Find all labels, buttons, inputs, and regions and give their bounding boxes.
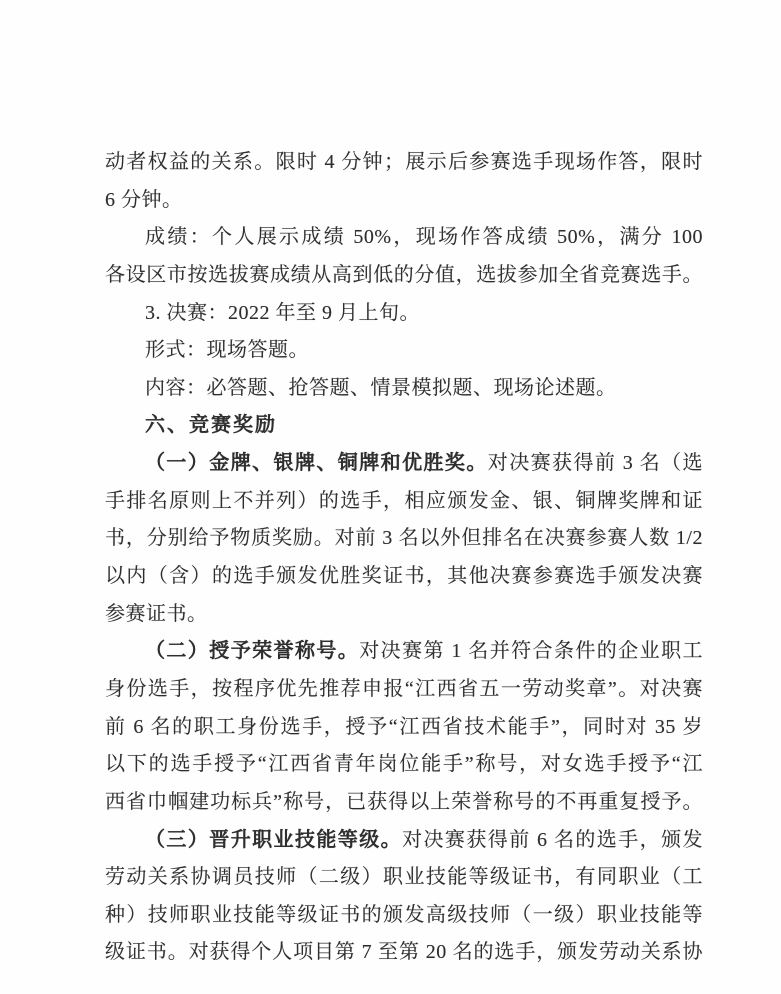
text-line: 级证书。对获得个人项目第 7 至第 20 名的选手，颁发劳动关系协 [105, 934, 703, 972]
text-line: 以下的选手授予“江西省青年岗位能手”称号，对女选手授予“江 [105, 746, 703, 784]
bold-lead: （一）金牌、银牌、铜牌和优胜奖。 [145, 452, 488, 474]
text-line: 参赛证书。 [105, 596, 703, 634]
text-line-format: 形式：现场答题。 [105, 332, 703, 370]
paragraph-line-skill-level: （三）晋升职业技能等级。对决赛获得前 6 名的选手，颁发 [105, 822, 703, 860]
document-page: 动者权益的关系。限时 4 分钟；展示后参赛选手现场作答，限时 6 分钟。 成绩：… [0, 0, 781, 994]
text-line: 手排名原则上不并列）的选手，相应颁发金、银、铜牌奖牌和证 [105, 483, 703, 521]
text-run: 对决赛获得前 6 名的选手，颁发 [402, 829, 703, 851]
text-line: 各设区市按选拔赛成绩从高到低的分值，选拔参加全省竞赛选手。 [105, 257, 703, 295]
paragraph-line-honor-titles: （二）授予荣誉称号。对决赛第 1 名并符合条件的企业职工 [105, 633, 703, 671]
bold-lead: （二）授予荣誉称号。 [145, 640, 359, 662]
bold-lead: （三）晋升职业技能等级。 [145, 829, 402, 851]
text-line-content: 内容：必答题、抢答题、情景模拟题、现场论述题。 [105, 370, 703, 408]
text-line: 种）技师职业技能等级证书的颁发高级技师（一级）职业技能等 [105, 897, 703, 935]
text-line: 以内（含）的选手颁发优胜奖证书，其他决赛参赛选手颁发决赛 [105, 558, 703, 596]
text-line-final-round: 3. 决赛：2022 年至 9 月上旬。 [105, 295, 703, 333]
text-line: 书，分别给予物质奖励。对前 3 名以外但排名在决赛参赛人数 1/2 [105, 520, 703, 558]
text-line: 劳动关系协调员技师（二级）职业技能等级证书，有同职业（工 [105, 859, 703, 897]
document-text-block: 动者权益的关系。限时 4 分钟；展示后参赛选手现场作答，限时 6 分钟。 成绩：… [105, 144, 703, 972]
text-line: 6 分钟。 [105, 182, 703, 220]
text-line: 前 6 名的职工身份选手，授予“江西省技术能手”，同时对 35 岁 [105, 709, 703, 747]
text-line: 动者权益的关系。限时 4 分钟；展示后参赛选手现场作答，限时 [105, 144, 703, 182]
paragraph-line-medals: （一）金牌、银牌、铜牌和优胜奖。对决赛获得前 3 名（选 [105, 445, 703, 483]
text-run: 对决赛获得前 3 名（选 [488, 452, 703, 474]
text-line: 身份选手，按程序优先推荐申报“江西省五一劳动奖章”。对决赛 [105, 671, 703, 709]
text-line: 成绩：个人展示成绩 50%，现场作答成绩 50%，满分 100 分， [105, 219, 703, 257]
text-line: 西省巾帼建功标兵”称号，已获得以上荣誉称号的不再重复授予。 [105, 784, 703, 822]
text-run: 对决赛第 1 名并符合条件的企业职工 [359, 640, 703, 662]
section-heading-competition-awards: 六、竞赛奖励 [105, 407, 703, 445]
